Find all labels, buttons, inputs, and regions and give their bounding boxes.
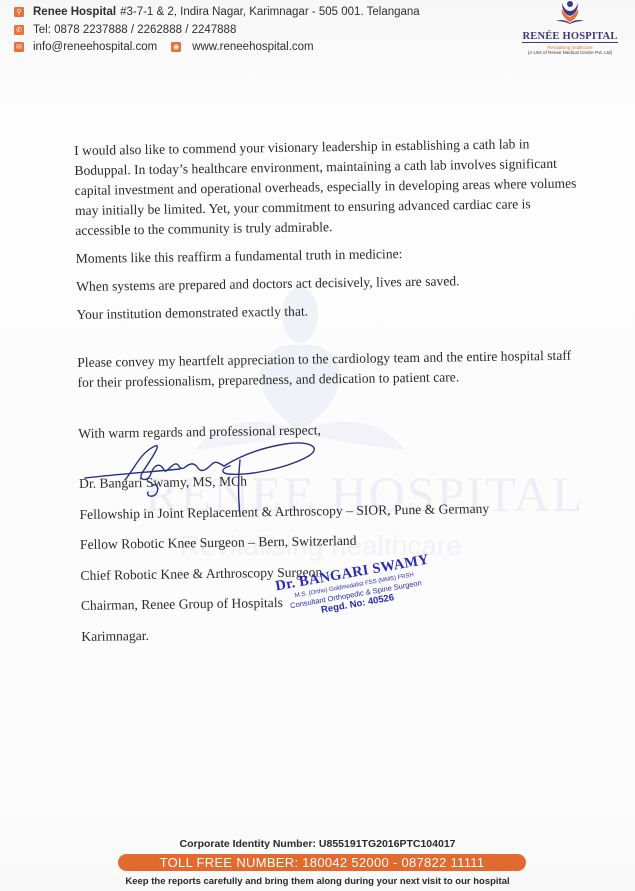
hospital-logo: RENÉE HOSPITAL Revitalising healthcare (…: [511, 0, 629, 55]
letterhead-page: RENEE HOSPITAL Revitalising healthcare ⚲…: [0, 0, 635, 891]
phone-text: Tel: 0878 2237888 / 2262888 / 2247888: [33, 24, 236, 36]
moments-line: Moments like this reaffirm a fundamental…: [76, 241, 616, 269]
toll-free-banner: TOLL FREE NUMBER: 180042 52000 - 087822 …: [118, 854, 526, 871]
website-link[interactable]: www.reneehospital.com: [192, 41, 313, 53]
location-pin-icon: ⚲: [14, 7, 24, 17]
logo-name: RENÉE HOSPITAL: [522, 31, 617, 43]
signatory-line: Karimnagar.: [81, 618, 621, 646]
header-address: ⚲ Renee Hospital #3-7-1 & 2, Indira Naga…: [14, 6, 420, 18]
institution-line: Your institution demonstrated exactly th…: [76, 297, 616, 325]
corporate-identity-number: Corporate Identity Number: U855191TG2016…: [0, 838, 635, 850]
globe-icon: ◉: [171, 42, 181, 52]
phone-icon: ✆: [14, 25, 24, 35]
logo-unit: (A Unit of Renee Medical Centre Pvt. Ltd…: [511, 50, 629, 55]
renee-logo-icon: [553, 0, 587, 26]
email-link[interactable]: info@reneehospital.com: [33, 41, 157, 53]
header-contact: ✉ info@reneehospital.com ◉ www.reneehosp…: [14, 41, 314, 53]
footer-note: Keep the reports carefully and bring the…: [0, 876, 635, 887]
signatory-line: Fellow Robotic Knee Surgeon – Bern, Swit…: [80, 527, 620, 555]
handwritten-signature: [80, 438, 350, 518]
hospital-name: Renee Hospital: [33, 6, 116, 18]
paragraph-cath-lab: I would also like to commend your vision…: [74, 133, 615, 241]
address-text: #3-7-1 & 2, Indira Nagar, Karimnagar - 5…: [120, 6, 420, 18]
systems-line: When systems are prepared and doctors ac…: [76, 269, 616, 297]
mail-icon: ✉: [14, 42, 24, 52]
paragraph-appreciation: Please convey my heartfelt appreciation …: [77, 345, 618, 393]
header-phone: ✆ Tel: 0878 2237888 / 2262888 / 2247888: [14, 24, 236, 36]
